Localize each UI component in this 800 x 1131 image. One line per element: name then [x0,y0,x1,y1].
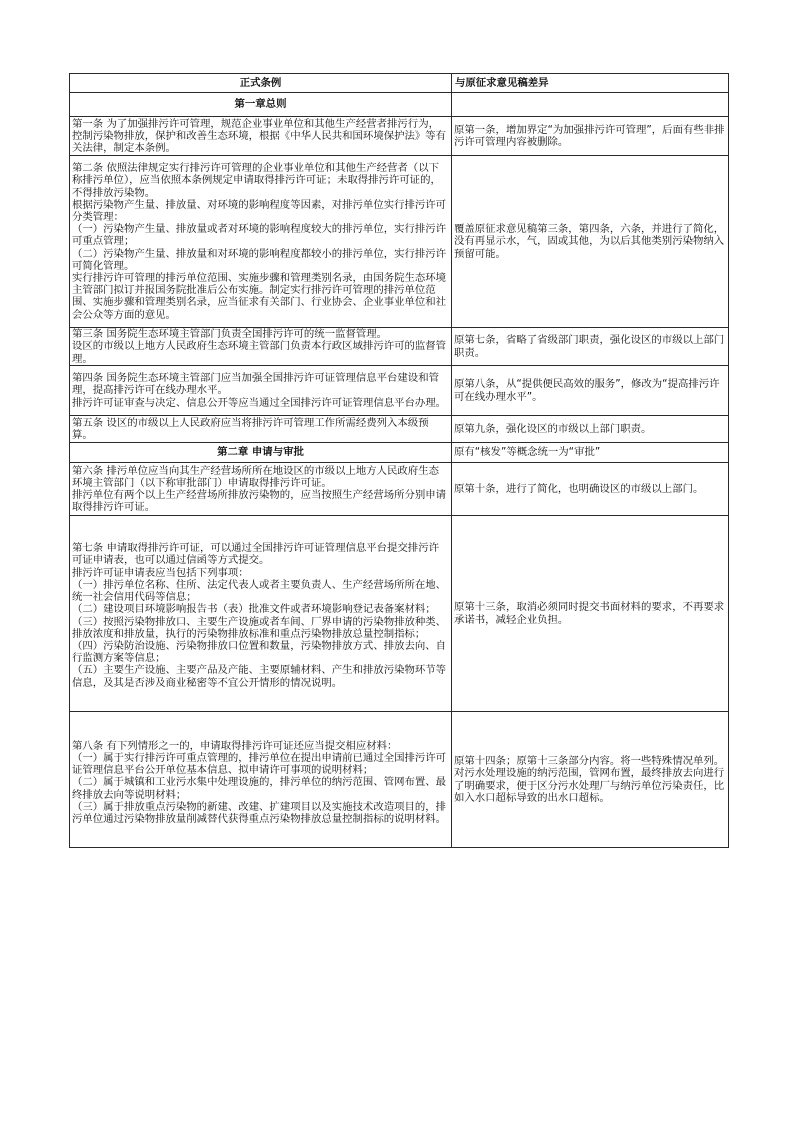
article-cell: 第一条 为了加强排污许可管理，规范企业事业单位和其他生产经营者排污行为，控制污染… [70,117,452,156]
article-text: （一）排污单位名称、住所、法定代表人或者主要负责人、生产经营场所所在地、统一社会… [72,579,449,603]
chapter-title: 第二章 申请与审批 [70,443,452,463]
header-row: 正式条例 与原征求意见稿差异 [70,74,729,93]
table-row: 第八条 有下列情形之一的，申请取得排污许可证还应当提交相应材料： （一）属于实行… [70,712,729,848]
article-cell: 第三条 国务院生态环境主管部门负责全国排污许可的统一监督管理。 设区的市级以上地… [70,328,452,366]
header-formal-regulation: 正式条例 [70,74,452,93]
article-text: （二）属于城镇和工业污水集中处理设施的，排污单位的纳污范围、管网布置、最终排放去… [72,776,449,800]
article-text: 排污许可证审查与决定、信息公开等应当通过全国排污许可证管理信息平台办理。 [72,397,449,409]
table-row: 第四条 国务院生态环境主管部门应当加强全国排污许可证管理信息平台建设和管理，提高… [70,366,729,416]
article-text: （一）污染物产生量、排放量或者对环境的影响程度较大的排污单位，实行排污许可重点管… [72,223,449,247]
article-text: （三）按照污染物排放口、主要生产设施或者车间、厂界申请的污染物排放种类、排放浓度… [72,616,449,640]
article-text: 第三条 国务院生态环境主管部门负责全国排污许可的统一监督管理。 [72,328,449,340]
comparison-table: 正式条例 与原征求意见稿差异 第一章总则 第一条 为了加强排污许可管理，规范企业… [69,73,729,848]
table-row: 第五条 设区的市级以上人民政府应当将排污许可管理工作所需经费列入本级预算。 原第… [70,416,729,443]
chapter-row: 第二章 申请与审批 原有“核发”等概念统一为“审批” [70,443,729,463]
article-text: （二）污染物产生量、排放量和对环境的影响程度都较小的排污单位，实行排污许可简化管… [72,248,449,272]
diff-cell [452,93,729,117]
article-text: 设区的市级以上地方人民政府生态环境主管部门负责本行政区域排污许可的监督管理。 [72,340,449,364]
diff-cell: 原第一条，增加界定“为加强排污许可管理”，后面有些非排污许可管理内容被删除。 [452,117,729,156]
article-text: （四）污染防治设施、污染物排放口位置和数量，污染物排放方式、排放去向、自行监测方… [72,640,449,664]
header-differences: 与原征求意见稿差异 [452,74,729,93]
diff-cell: 原第八条，从“提供便民高效的服务”，修改为“提高排污许可在线办理水平”。 [452,366,729,416]
diff-cell: 原有“核发”等概念统一为“审批” [452,443,729,463]
diff-cell: 原第七条，省略了省级部门职责，强化设区的市级以上部门职责。 [452,328,729,366]
diff-cell: 原第十三条，取消必须同时提交书面材料的要求，不再要求承诺书，减轻企业负担。 [452,516,729,712]
article-text: （三）属于排放重点污染物的新建、改建、扩建项目以及实施技术改造项目的，排污单位通… [72,801,449,825]
chapter-row: 第一章总则 [70,93,729,117]
article-cell: 第六条 排污单位应当向其生产经营场所所在地设区的市级以上地方人民政府生态环境主管… [70,463,452,516]
table-row: 第七条 申请取得排污许可证，可以通过全国排污许可证管理信息平台提交排污许可证申请… [70,516,729,712]
diff-cell: 覆盖原征求意见稿第三条，第四条，六条，并进行了简化，没有再显示水，气，固或其他，… [452,156,729,328]
diff-cell: 原第九条，强化设区的市级以上部门职责。 [452,416,729,443]
article-text: （二）建设项目环境影响报告书（表）批准文件或者环境影响登记表备案材料； [72,603,449,615]
article-text: 第七条 申请取得排污许可证，可以通过全国排污许可证管理信息平台提交排污许可证申请… [72,542,449,566]
article-text: 第五条 设区的市级以上人民政府应当将排污许可管理工作所需经费列入本级预算。 [72,417,449,441]
article-cell: 第四条 国务院生态环境主管部门应当加强全国排污许可证管理信息平台建设和管理，提高… [70,366,452,416]
article-cell: 第二条 依照法律规定实行排污许可管理的企业事业单位和其他生产经营者（以下称排污单… [70,156,452,328]
article-text: 排污许可证申请表应当包括下列事项： [72,567,449,579]
diff-cell: 原第十四条；原第十三条部分内容。将一些特殊情况单列。对污水处理设施的纳污范围，管… [452,712,729,848]
article-cell: 第五条 设区的市级以上人民政府应当将排污许可管理工作所需经费列入本级预算。 [70,416,452,443]
article-text: 第四条 国务院生态环境主管部门应当加强全国排污许可证管理信息平台建设和管理，提高… [72,372,449,396]
article-text: 根据污染物产生量、排放量、对环境的影响程度等因素，对排污单位实行排污许可分类管理… [72,199,449,223]
table-row: 第三条 国务院生态环境主管部门负责全国排污许可的统一监督管理。 设区的市级以上地… [70,328,729,366]
diff-cell: 原第十条，进行了简化，也明确设区的市级以上部门。 [452,463,729,516]
article-text: 第二条 依照法律规定实行排污许可管理的企业事业单位和其他生产经营者（以下称排污单… [72,162,449,199]
table-row: 第一条 为了加强排污许可管理，规范企业事业单位和其他生产经营者排污行为，控制污染… [70,117,729,156]
article-text: （五）主要生产设施、主要产品及产能、主要原辅材料、产生和排放污染物环节等信息，及… [72,664,449,688]
table-row: 第六条 排污单位应当向其生产经营场所所在地设区的市级以上地方人民政府生态环境主管… [70,463,729,516]
article-text: 第六条 排污单位应当向其生产经营场所所在地设区的市级以上地方人民政府生态环境主管… [72,465,449,489]
table-row: 第二条 依照法律规定实行排污许可管理的企业事业单位和其他生产经营者（以下称排污单… [70,156,729,328]
article-text: 第八条 有下列情形之一的，申请取得排污许可证还应当提交相应材料： [72,740,449,752]
article-cell: 第八条 有下列情形之一的，申请取得排污许可证还应当提交相应材料： （一）属于实行… [70,712,452,848]
article-text: 实行排污许可管理的排污单位范围、实施步骤和管理类别名录，由国务院生态环境主管部门… [72,272,449,321]
article-text: 第一条 为了加强排污许可管理，规范企业事业单位和其他生产经营者排污行为，控制污染… [72,118,449,155]
article-cell: 第七条 申请取得排污许可证，可以通过全国排污许可证管理信息平台提交排污许可证申请… [70,516,452,712]
article-text: 排污单位有两个以上生产经营场所排放污染物的，应当按照生产经营场所分别申请取得排污… [72,489,449,513]
article-text: （一）属于实行排污许可重点管理的，排污单位在提出申请前已通过全国排污许可证管理信… [72,752,449,776]
chapter-title: 第一章总则 [70,93,452,117]
